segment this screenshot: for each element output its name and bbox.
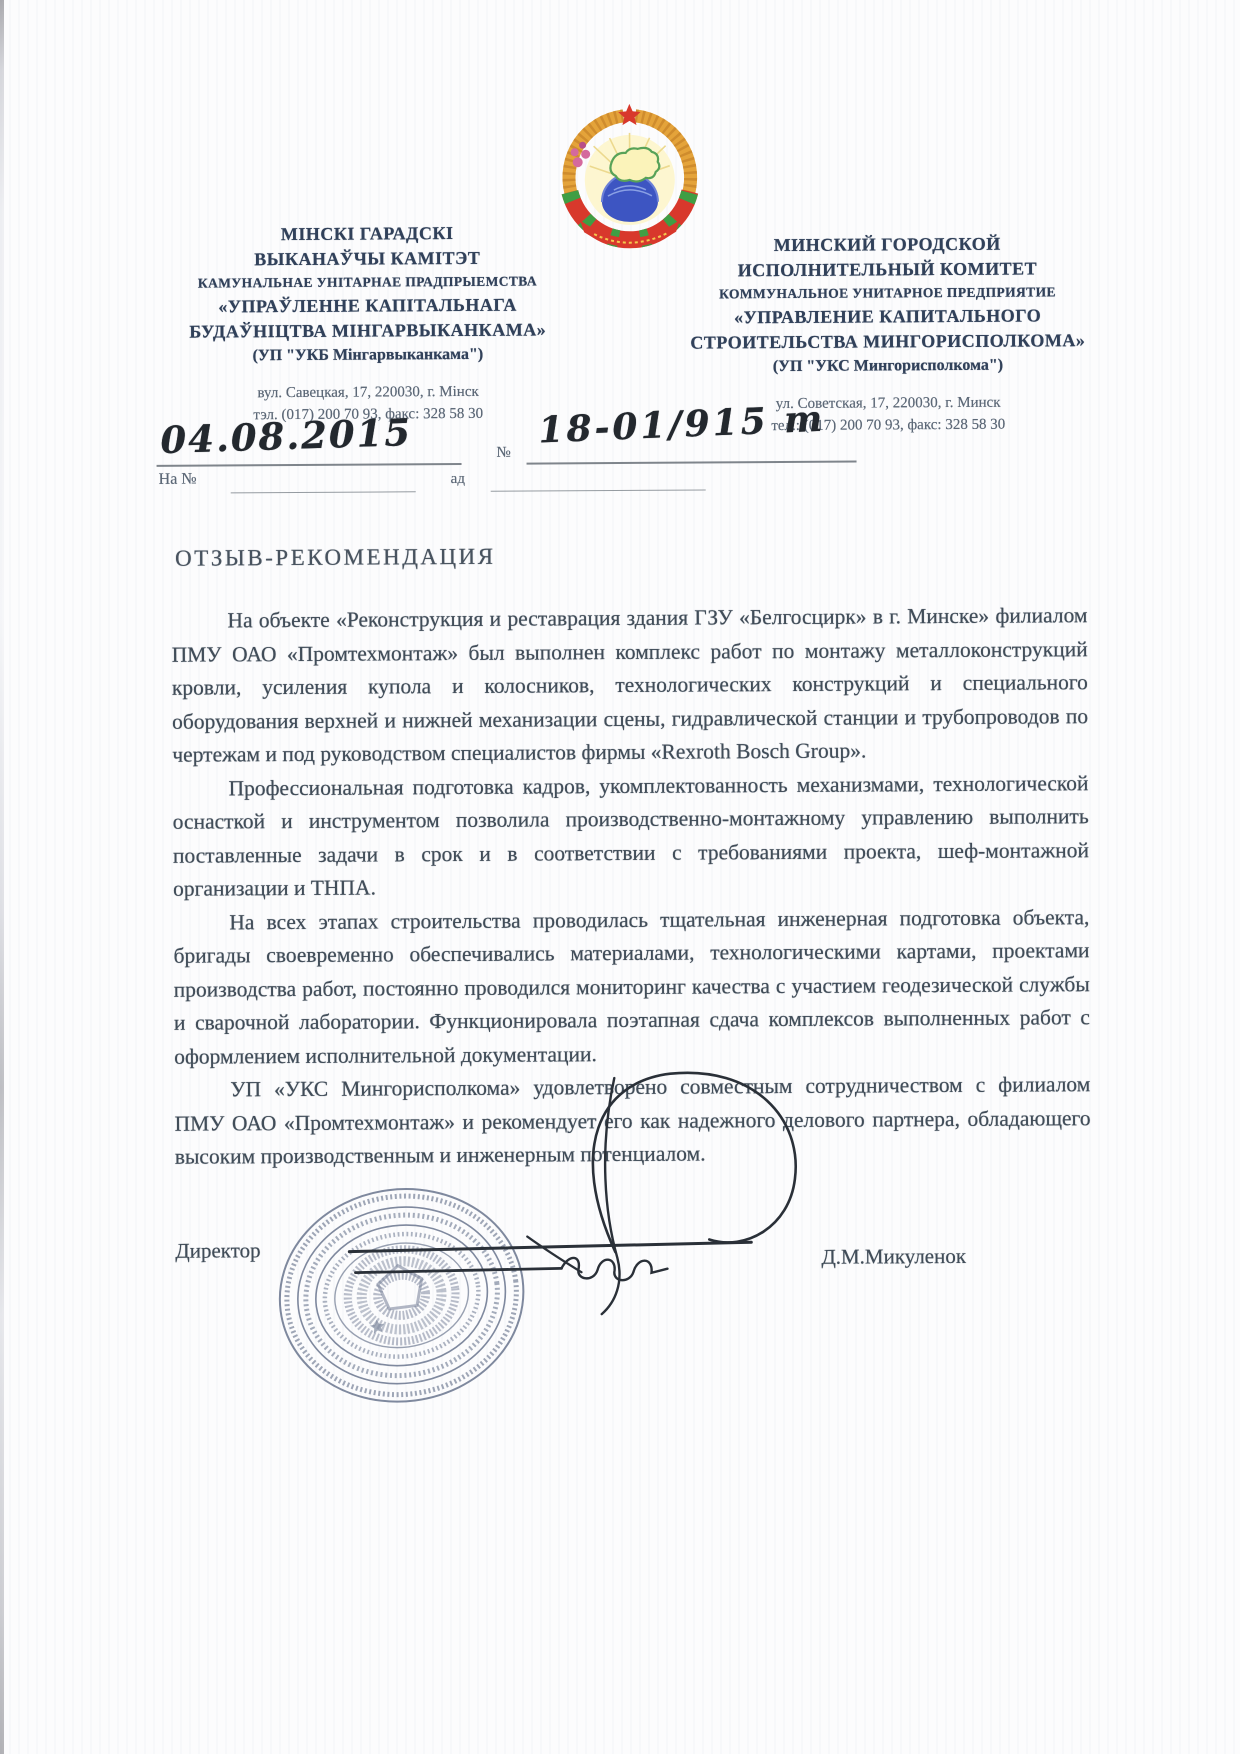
- handwritten-signature: [0, 0, 1240, 1754]
- scanned-letter-page: МІНСКІ ГАРАДСКІ ВЫКАНАЎЧЫ КАМІТЭТ КАМУНА…: [0, 0, 1240, 1754]
- letter-content: МІНСКІ ГАРАДСКІ ВЫКАНАЎЧЫ КАМІТЭТ КАМУНА…: [0, 0, 1240, 1754]
